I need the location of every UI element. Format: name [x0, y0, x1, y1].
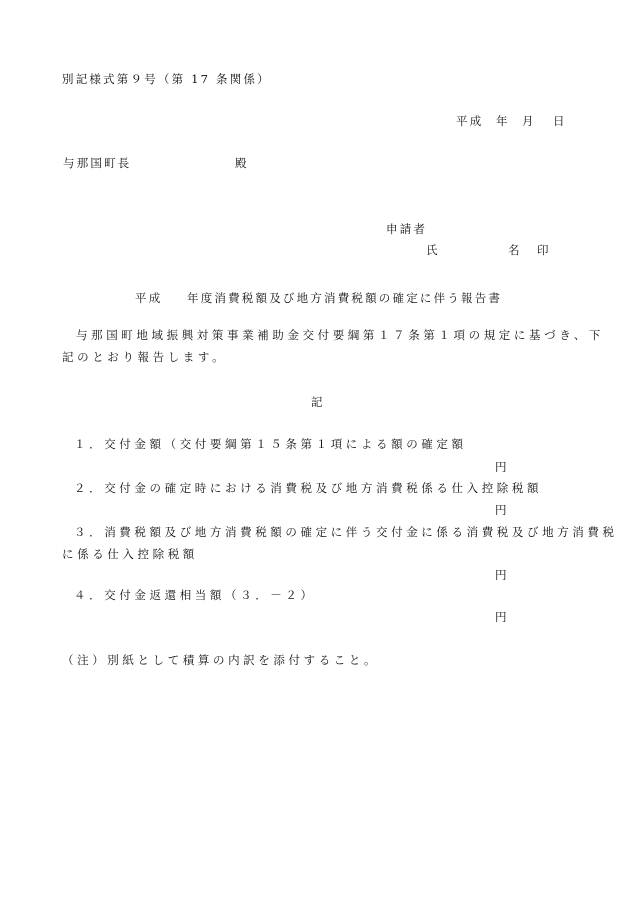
- title-era: 平成: [135, 290, 162, 306]
- title-text: 年度消費税額及び地方消費税額の確定に伴う報告書: [187, 290, 502, 306]
- item-4-text: ４．交付金返還相当額（３．－２）: [74, 587, 316, 603]
- form-number: 別記様式第９号（第 17 条関係）: [62, 71, 271, 87]
- item-3-unit: 円: [495, 567, 509, 583]
- item-2-text: ２．交付金の確定時における消費税及び地方消費税係る仕入控除税額: [74, 480, 542, 496]
- date-month-label: 月: [522, 113, 536, 129]
- body-line-2: 記のとおり報告します。: [62, 349, 227, 365]
- note: （注）別紙として積算の内訳を添付すること。: [62, 652, 379, 668]
- date-era: 平成: [456, 113, 483, 129]
- body-line-1: 与那国町地域振興対策事業補助金交付要綱第１７条第１項の規定に基づき、下: [76, 327, 604, 343]
- item-3-text-line-2: に係る仕入控除税額: [62, 546, 198, 562]
- applicant-label: 申請者: [386, 221, 427, 237]
- item-1-text: １．交付金額（交付要綱第１５条第１項による額の確定額: [74, 436, 467, 452]
- item-2-unit: 円: [495, 502, 509, 518]
- ki-heading: 記: [311, 394, 325, 410]
- date-year-label: 年: [496, 113, 510, 129]
- seal-label: 印: [537, 242, 551, 258]
- item-1-unit: 円: [495, 459, 509, 475]
- applicant-name-label-1: 氏: [426, 242, 440, 258]
- date-day-label: 日: [553, 113, 567, 129]
- item-4-unit: 円: [495, 609, 509, 625]
- item-3-text: ３．消費税額及び地方消費税額の確定に伴う交付金に係る消費税及び地方消費税: [74, 524, 618, 540]
- addressee-honorific: 殿: [235, 155, 249, 171]
- addressee-name: 与那国町長: [63, 155, 132, 171]
- applicant-name-label-2: 名: [508, 242, 522, 258]
